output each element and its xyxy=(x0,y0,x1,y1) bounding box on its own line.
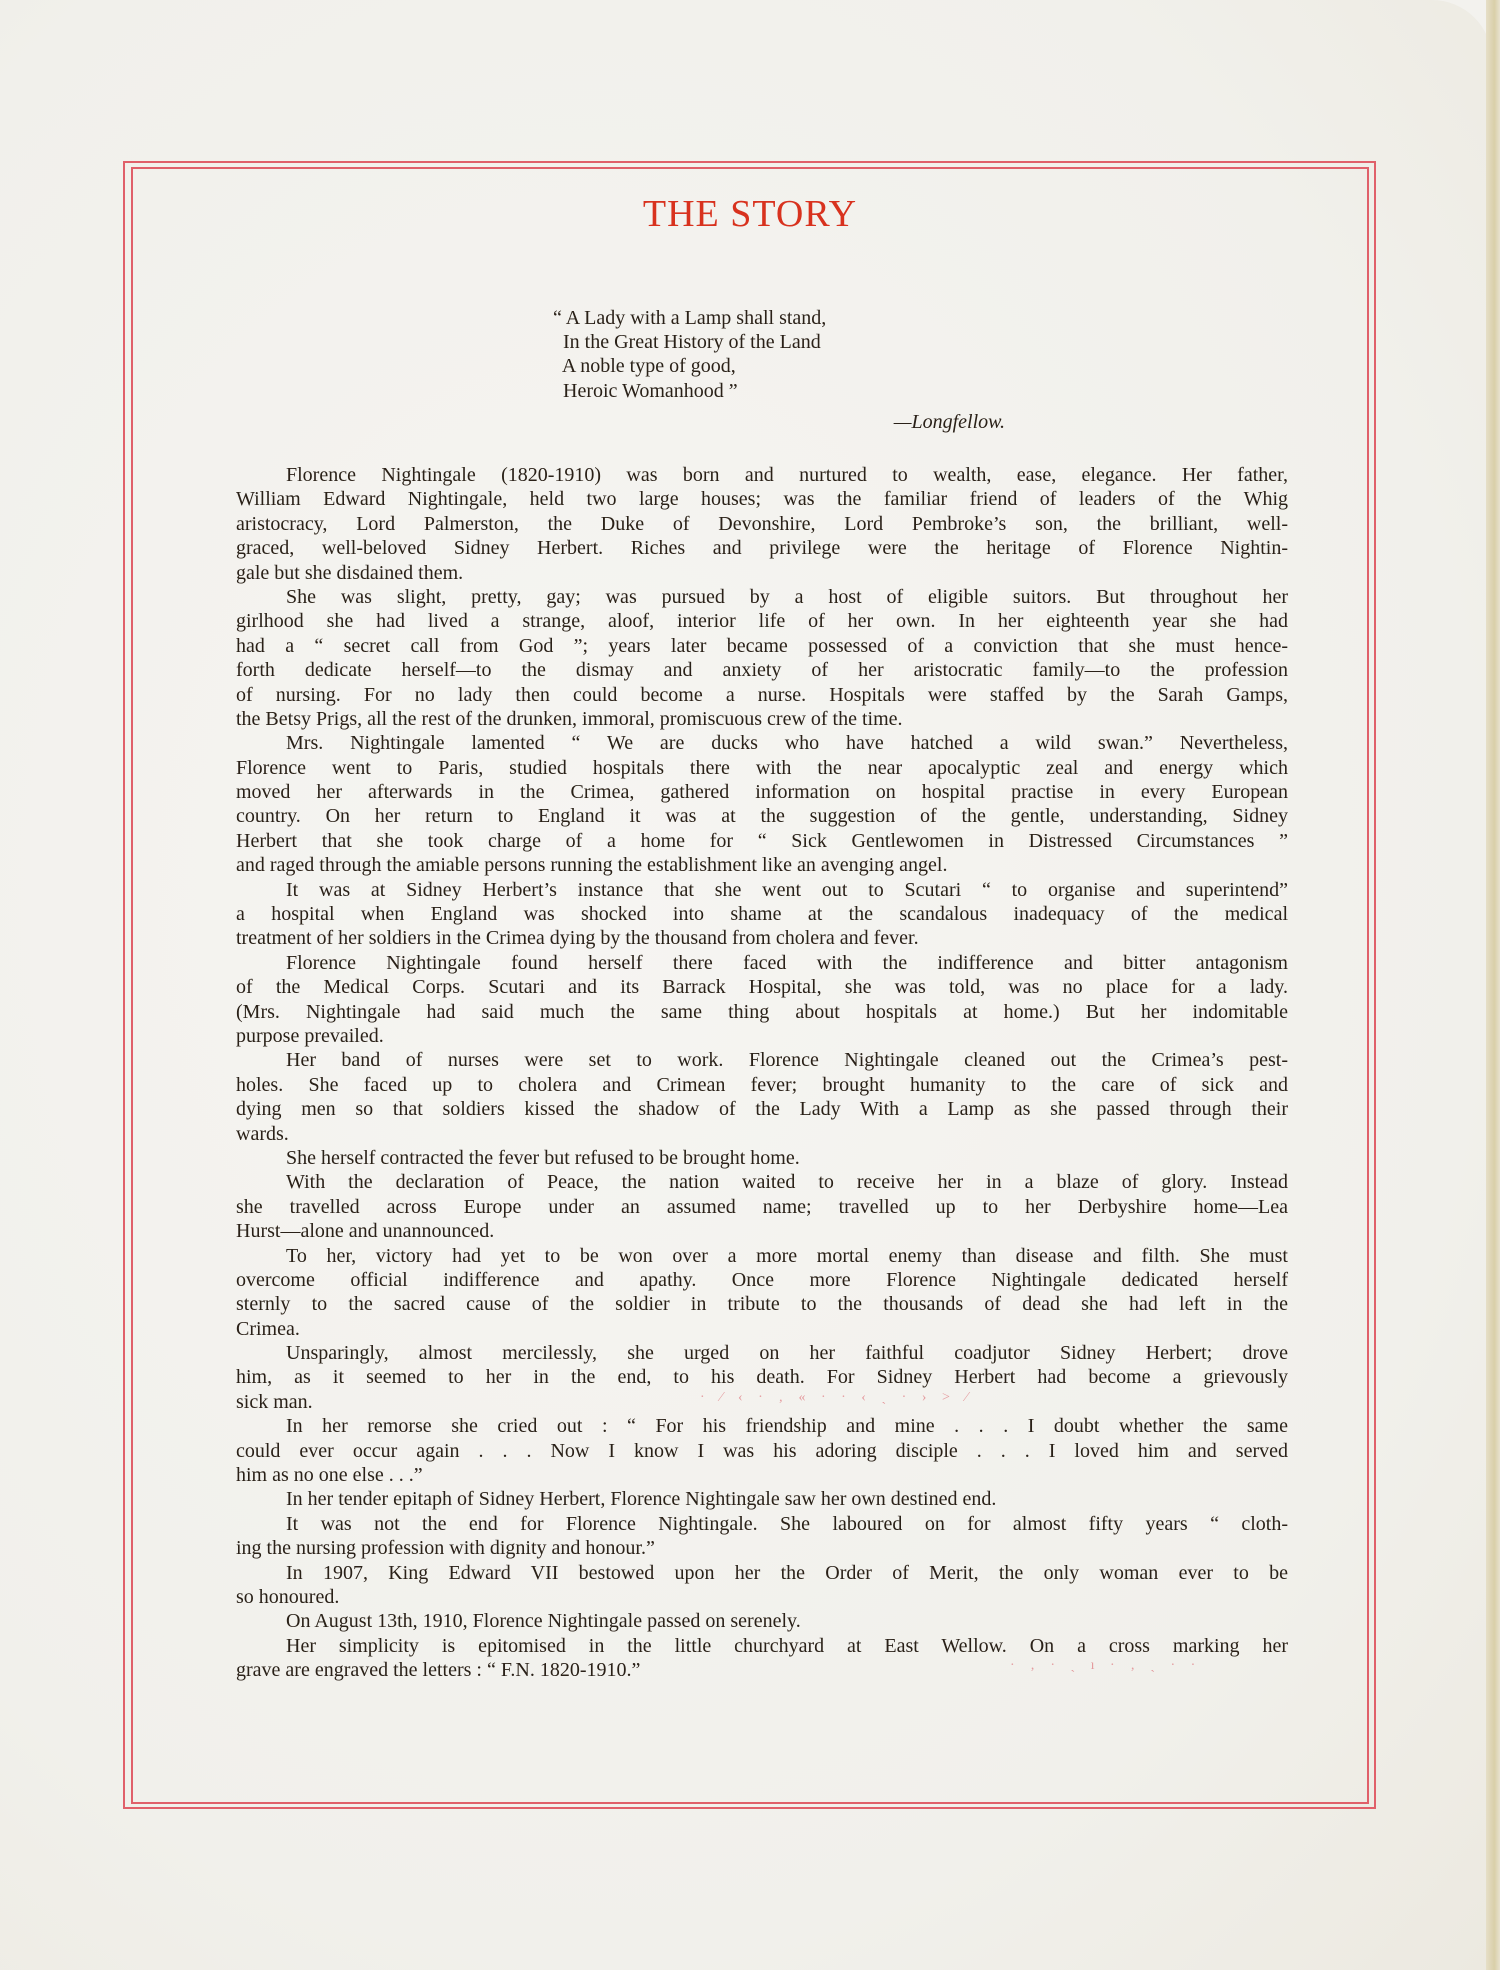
paragraph-line: gale but she disdained them. xyxy=(236,561,1288,585)
paragraph-line: Unsparingly, almost mercilessly, she urg… xyxy=(236,1341,1288,1365)
epigraph-line: In the Great History of the Land xyxy=(553,330,1013,354)
paragraph-line: could ever occur again . . . Now I know … xyxy=(236,1439,1288,1463)
red-ink-speckle: · ⁄ ‹ · ‚ « · · ‹ ˏ · › ˃ ⁄ xyxy=(700,1390,974,1406)
paragraph-line: Mrs. Nightingale lamented “ We are ducks… xyxy=(236,731,1288,755)
paragraph-line: On August 13th, 1910, Florence Nightinga… xyxy=(236,1609,1288,1633)
paragraph-line: a hospital when England was shocked into… xyxy=(236,902,1288,926)
paragraph: It was at Sidney Herbert’s instance that… xyxy=(236,878,1288,951)
paragraph-line: moved her afterwards in the Crimea, gath… xyxy=(236,780,1288,804)
paragraph-line: treatment of her soldiers in the Crimea … xyxy=(236,926,1288,950)
paragraph-line: had a “ secret call from God ”; years la… xyxy=(236,634,1288,658)
paragraph: To her, victory had yet to be won over a… xyxy=(236,1244,1288,1342)
paragraph: In 1907, King Edward VII bestowed upon h… xyxy=(236,1561,1288,1610)
paragraph-line: him, as it seemed to her in the end, to … xyxy=(236,1365,1288,1389)
paragraph-line: She was slight, pretty, gay; was pursued… xyxy=(236,585,1288,609)
page-title: THE STORY xyxy=(0,192,1500,236)
paragraph-line: overcome official indifference and apath… xyxy=(236,1268,1288,1292)
paragraph-line: him as no one else . . .” xyxy=(236,1463,1288,1487)
epigraph-line: “ A Lady with a Lamp shall stand, xyxy=(553,306,1013,330)
paragraph: In her tender epitaph of Sidney Herbert,… xyxy=(236,1487,1288,1511)
paragraph-line: Florence Nightingale (1820-1910) was bor… xyxy=(236,463,1288,487)
paragraph: In her remorse she cried out : “ For his… xyxy=(236,1414,1288,1487)
epigraph-attribution: —Longfellow. xyxy=(894,410,1005,434)
paragraph-line: Hurst—alone and unannounced. xyxy=(236,1219,1288,1243)
paragraph-line: William Edward Nightingale, held two lar… xyxy=(236,487,1288,511)
paragraph-line: the Betsy Prigs, all the rest of the dru… xyxy=(236,707,1288,731)
paragraph-line: In her tender epitaph of Sidney Herbert,… xyxy=(236,1487,1288,1511)
paragraph-line: aristocracy, Lord Palmerston, the Duke o… xyxy=(236,512,1288,536)
paragraph-line: It was at Sidney Herbert’s instance that… xyxy=(236,878,1288,902)
paragraph-line: ing the nursing profession with dignity … xyxy=(236,1536,1288,1560)
paragraph-line: Herbert that she took charge of a home f… xyxy=(236,829,1288,853)
paragraph-line: she travelled across Europe under an ass… xyxy=(236,1195,1288,1219)
story-body: Florence Nightingale (1820-1910) was bor… xyxy=(236,463,1288,1683)
paragraph-line: dying men so that soldiers kissed the sh… xyxy=(236,1097,1288,1121)
paragraph: Florence Nightingale (1820-1910) was bor… xyxy=(236,463,1288,585)
paragraph-line: In 1907, King Edward VII bestowed upon h… xyxy=(236,1561,1288,1585)
red-ink-speckle: · ‚ · ˏ ı · ‚ ˏ · · xyxy=(1010,1658,1201,1674)
paragraph-line: Her simplicity is epitomised in the litt… xyxy=(236,1634,1288,1658)
epigraph: “ A Lady with a Lamp shall stand, In the… xyxy=(553,306,1013,403)
paragraph: Her band of nurses were set to work. Flo… xyxy=(236,1048,1288,1146)
paragraph-line: wards. xyxy=(236,1122,1288,1146)
paragraph-line: of nursing. For no lady then could becom… xyxy=(236,683,1288,707)
paragraph: With the declaration of Peace, the natio… xyxy=(236,1170,1288,1243)
epigraph-line: A noble type of good, xyxy=(553,354,1013,378)
paragraph: She was slight, pretty, gay; was pursued… xyxy=(236,585,1288,731)
paragraph: On August 13th, 1910, Florence Nightinga… xyxy=(236,1609,1288,1633)
epigraph-line: Heroic Womanhood ” xyxy=(553,379,1013,403)
paragraph: It was not the end for Florence Nighting… xyxy=(236,1512,1288,1561)
paragraph-line: country. On her return to England it was… xyxy=(236,804,1288,828)
paragraph-line: sternly to the sacred cause of the soldi… xyxy=(236,1292,1288,1316)
paragraph-line: purpose prevailed. xyxy=(236,1024,1288,1048)
paragraph: She herself contracted the fever but ref… xyxy=(236,1146,1288,1170)
paragraph-line: Florence went to Paris, studied hospital… xyxy=(236,756,1288,780)
paragraph-line: She herself contracted the fever but ref… xyxy=(236,1146,1288,1170)
paragraph-line: graced, well-beloved Sidney Herbert. Ric… xyxy=(236,536,1288,560)
paragraph-line: so honoured. xyxy=(236,1585,1288,1609)
page-edge xyxy=(1486,0,1500,1970)
paragraph-line: To her, victory had yet to be won over a… xyxy=(236,1244,1288,1268)
paragraph-line: (Mrs. Nightingale had said much the same… xyxy=(236,1000,1288,1024)
paragraph-line: With the declaration of Peace, the natio… xyxy=(236,1170,1288,1194)
paragraph-line: It was not the end for Florence Nighting… xyxy=(236,1512,1288,1536)
paragraph-line: Crimea. xyxy=(236,1317,1288,1341)
paragraph-line: and raged through the amiable persons ru… xyxy=(236,853,1288,877)
paragraph-line: Florence Nightingale found herself there… xyxy=(236,951,1288,975)
paragraph-line: of the Medical Corps. Scutari and its Ba… xyxy=(236,975,1288,999)
paragraph-line: girlhood she had lived a strange, aloof,… xyxy=(236,609,1288,633)
paragraph: Mrs. Nightingale lamented “ We are ducks… xyxy=(236,731,1288,877)
paragraph-line: holes. She faced up to cholera and Crime… xyxy=(236,1073,1288,1097)
paragraph-line: forth dedicate herself—to the dismay and… xyxy=(236,658,1288,682)
paragraph-line: Her band of nurses were set to work. Flo… xyxy=(236,1048,1288,1072)
paragraph-line: In her remorse she cried out : “ For his… xyxy=(236,1414,1288,1438)
paragraph: Florence Nightingale found herself there… xyxy=(236,951,1288,1049)
